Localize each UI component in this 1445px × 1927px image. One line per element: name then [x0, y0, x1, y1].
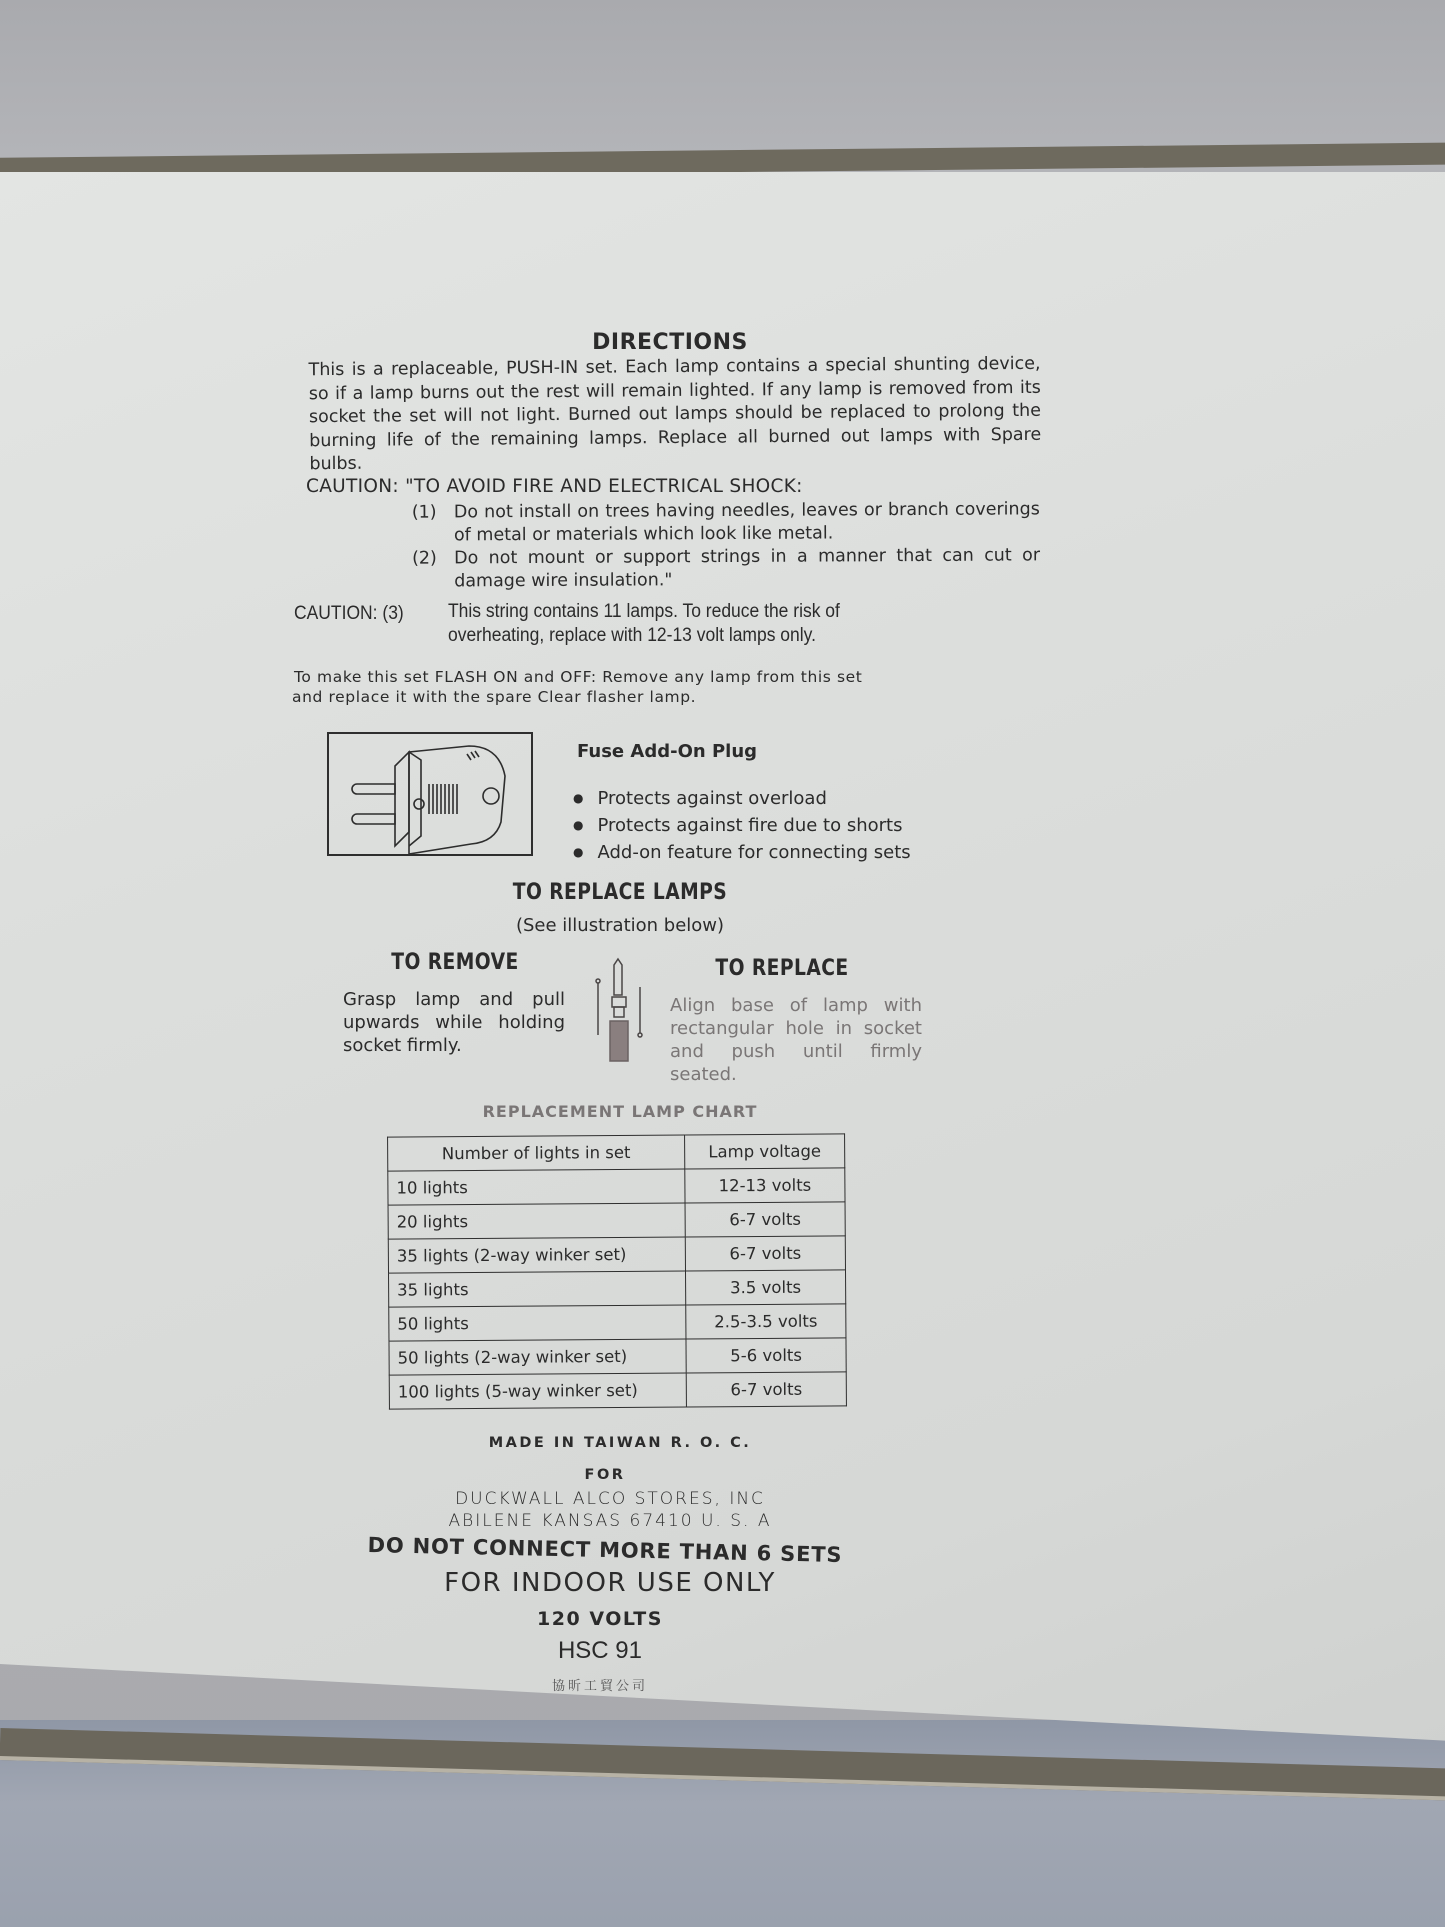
- flash-line-1: To make this set FLASH ON and OFF: Remov…: [294, 668, 1014, 687]
- for-label: FOR: [530, 1467, 680, 1483]
- caution-item: (1) Do not install on trees having needl…: [412, 498, 1040, 547]
- caution-item-number: (1): [412, 501, 454, 547]
- feature-item: Protects against overload: [573, 786, 993, 813]
- replace-lamps-title: TO REPLACE LAMPS: [493, 880, 748, 905]
- caution-3-line-1: This string contains 11 lamps. To reduce…: [448, 600, 963, 624]
- chart-row: 50 lights2.5-3.5 volts: [389, 1304, 846, 1341]
- company-name: DUCKWALL ALCO STORES, INC: [420, 1488, 800, 1510]
- chart-cell-lights: 35 lights: [389, 1271, 686, 1307]
- replacement-lamp-chart: Number of lights in set Lamp voltage 10 …: [387, 1133, 847, 1409]
- feature-item: Protects against fire due to shorts: [573, 813, 993, 840]
- chart-cell-voltage: 12-13 volts: [685, 1168, 845, 1203]
- replace-title: TO REPLACE: [697, 956, 867, 981]
- replace-lamps-subtitle: (See illustration below): [470, 914, 770, 937]
- chart-header: Number of lights in set: [388, 1135, 685, 1171]
- plug-illustration-frame: [327, 732, 533, 856]
- caution-3-label: CAUTION: (3): [294, 602, 423, 626]
- caution-list: (1) Do not install on trees having needl…: [412, 498, 1040, 593]
- caution-3-line-2: overheating, replace with 12-13 volt lam…: [448, 624, 963, 648]
- chart-row: 20 lights6-7 volts: [388, 1202, 845, 1239]
- made-in: MADE IN TAIWAN R. O. C.: [430, 1435, 810, 1451]
- replace-text: Align base of lamp with rectangular hole…: [670, 994, 922, 1086]
- caution-heading: CAUTION: "TO AVOID FIRE AND ELECTRICAL S…: [306, 476, 1006, 497]
- directions-paragraph: This is a replaceable, PUSH-IN set. Each…: [309, 353, 1042, 477]
- chart-cell-lights: 50 lights: [389, 1305, 686, 1341]
- caution-item-text: Do not install on trees having needles, …: [454, 498, 1040, 547]
- voltage-rating: 120 VOLTS: [500, 1608, 700, 1630]
- chart-cell-lights: 50 lights (2-way winker set): [389, 1339, 686, 1375]
- company-address: ABILENE KANSAS 67410 U. S. A: [420, 1510, 800, 1532]
- chart-row: 35 lights (2-way winker set)6-7 volts: [388, 1236, 845, 1273]
- model-number: HSC 91: [500, 1637, 700, 1665]
- caution-item-number: (2): [412, 547, 454, 593]
- chart-header: Lamp voltage: [685, 1134, 845, 1169]
- chart-cell-voltage: 3.5 volts: [685, 1270, 845, 1305]
- remove-title: TO REMOVE: [370, 950, 540, 975]
- chart-cell-voltage: 6-7 volts: [685, 1202, 845, 1237]
- chart-cell-lights: 10 lights: [388, 1169, 685, 1205]
- chart-header-row: Number of lights in set Lamp voltage: [388, 1134, 845, 1171]
- chart-title: REPLACEMENT LAMP CHART: [440, 1102, 800, 1121]
- chart-row: 10 lights12-13 volts: [388, 1168, 845, 1205]
- chart-cell-voltage: 5-6 volts: [686, 1338, 846, 1373]
- chart-cell-voltage: 6-7 volts: [685, 1236, 845, 1271]
- fuse-plug-features: Protects against overload Protects again…: [573, 786, 993, 867]
- feature-item: Add-on feature for connecting sets: [573, 840, 993, 867]
- plug-icon: [329, 734, 531, 854]
- chart-row: 35 lights3.5 volts: [389, 1270, 846, 1307]
- chart-row: 100 lights (5-way winker set)6-7 volts: [389, 1372, 846, 1409]
- indoor-use-notice: FOR INDOOR USE ONLY: [420, 1568, 800, 1598]
- chart-cell-voltage: 2.5-3.5 volts: [686, 1304, 846, 1339]
- chart-cell-voltage: 6-7 volts: [686, 1372, 846, 1407]
- manufacturer-chinese: 協昕工貿公司: [500, 1675, 700, 1694]
- caution-item-text: Do not mount or support strings in a man…: [454, 544, 1040, 593]
- remove-text: Grasp lamp and pull upwards while holdin…: [343, 988, 565, 1057]
- directions-title: DIRECTIONS: [560, 330, 780, 355]
- fuse-plug-title: Fuse Add-On Plug: [577, 741, 877, 762]
- chart-cell-lights: 20 lights: [388, 1203, 685, 1239]
- chart-row: 50 lights (2-way winker set)5-6 volts: [389, 1338, 846, 1375]
- chart-cell-lights: 35 lights (2-way winker set): [388, 1237, 685, 1273]
- caution-item: (2) Do not mount or support strings in a…: [412, 544, 1040, 593]
- flash-line-2: and replace it with the spare Clear flas…: [292, 688, 1012, 707]
- lamp-socket-icon: [590, 955, 650, 1075]
- chart-cell-lights: 100 lights (5-way winker set): [389, 1373, 686, 1409]
